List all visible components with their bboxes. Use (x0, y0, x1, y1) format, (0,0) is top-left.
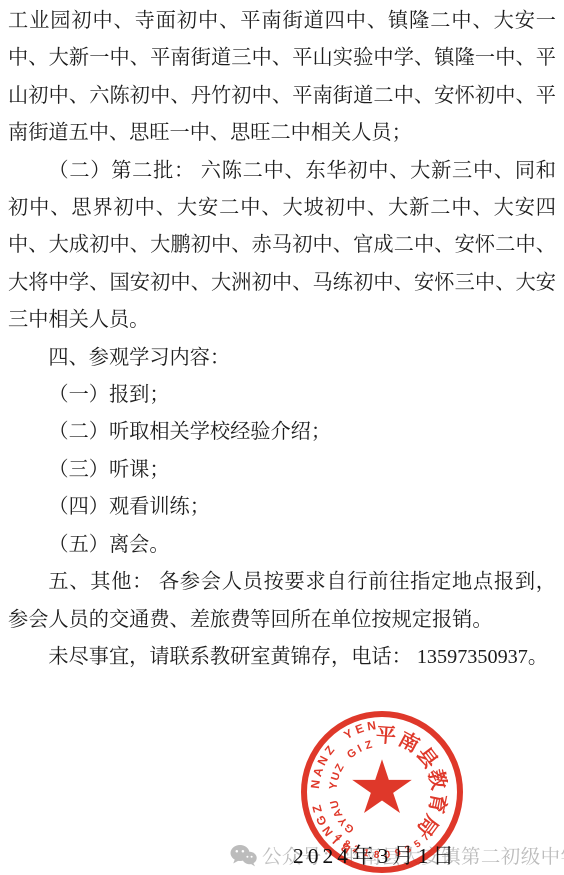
wechat-icon (230, 844, 257, 867)
body-paragraph: （二）第二批： 六陈二中、东华初中、大新三中、同和初中、思界初中、大安二中、大坡… (8, 153, 556, 340)
list-item: （五）离会。 (8, 527, 556, 564)
list-item: （一）报到； (8, 377, 556, 414)
body-paragraph: 工业园初中、寺面初中、平南街道四中、镇隆二中、大安一中、大新一中、平南街道三中、… (8, 3, 556, 153)
issue-date: 2024年3月1日 (293, 839, 458, 870)
notice-body: 工业园初中、寺面初中、平南街道四中、镇隆二中、大安一中、大新一中、平南街道三中、… (8, 3, 556, 676)
body-paragraph: 五、其他： 各参会人员按要求自行前往指定地点报到，参会人员的交通费、差旅费等回所… (8, 564, 556, 639)
list-item: （三）听课； (8, 452, 556, 489)
list-item: （二）听取相关学校经验介绍； (8, 414, 556, 451)
section-heading: 四、参观学习内容： (8, 340, 556, 377)
contact-paragraph: 未尽事宜，请联系教研室黄锦存，电话： 13597350937。 (8, 639, 556, 676)
document-page: 工业园初中、寺面初中、平南街道四中、镇隆二中、大安一中、大新一中、平南街道三中、… (0, 0, 564, 875)
list-item: （四）观看训练； (8, 489, 556, 526)
